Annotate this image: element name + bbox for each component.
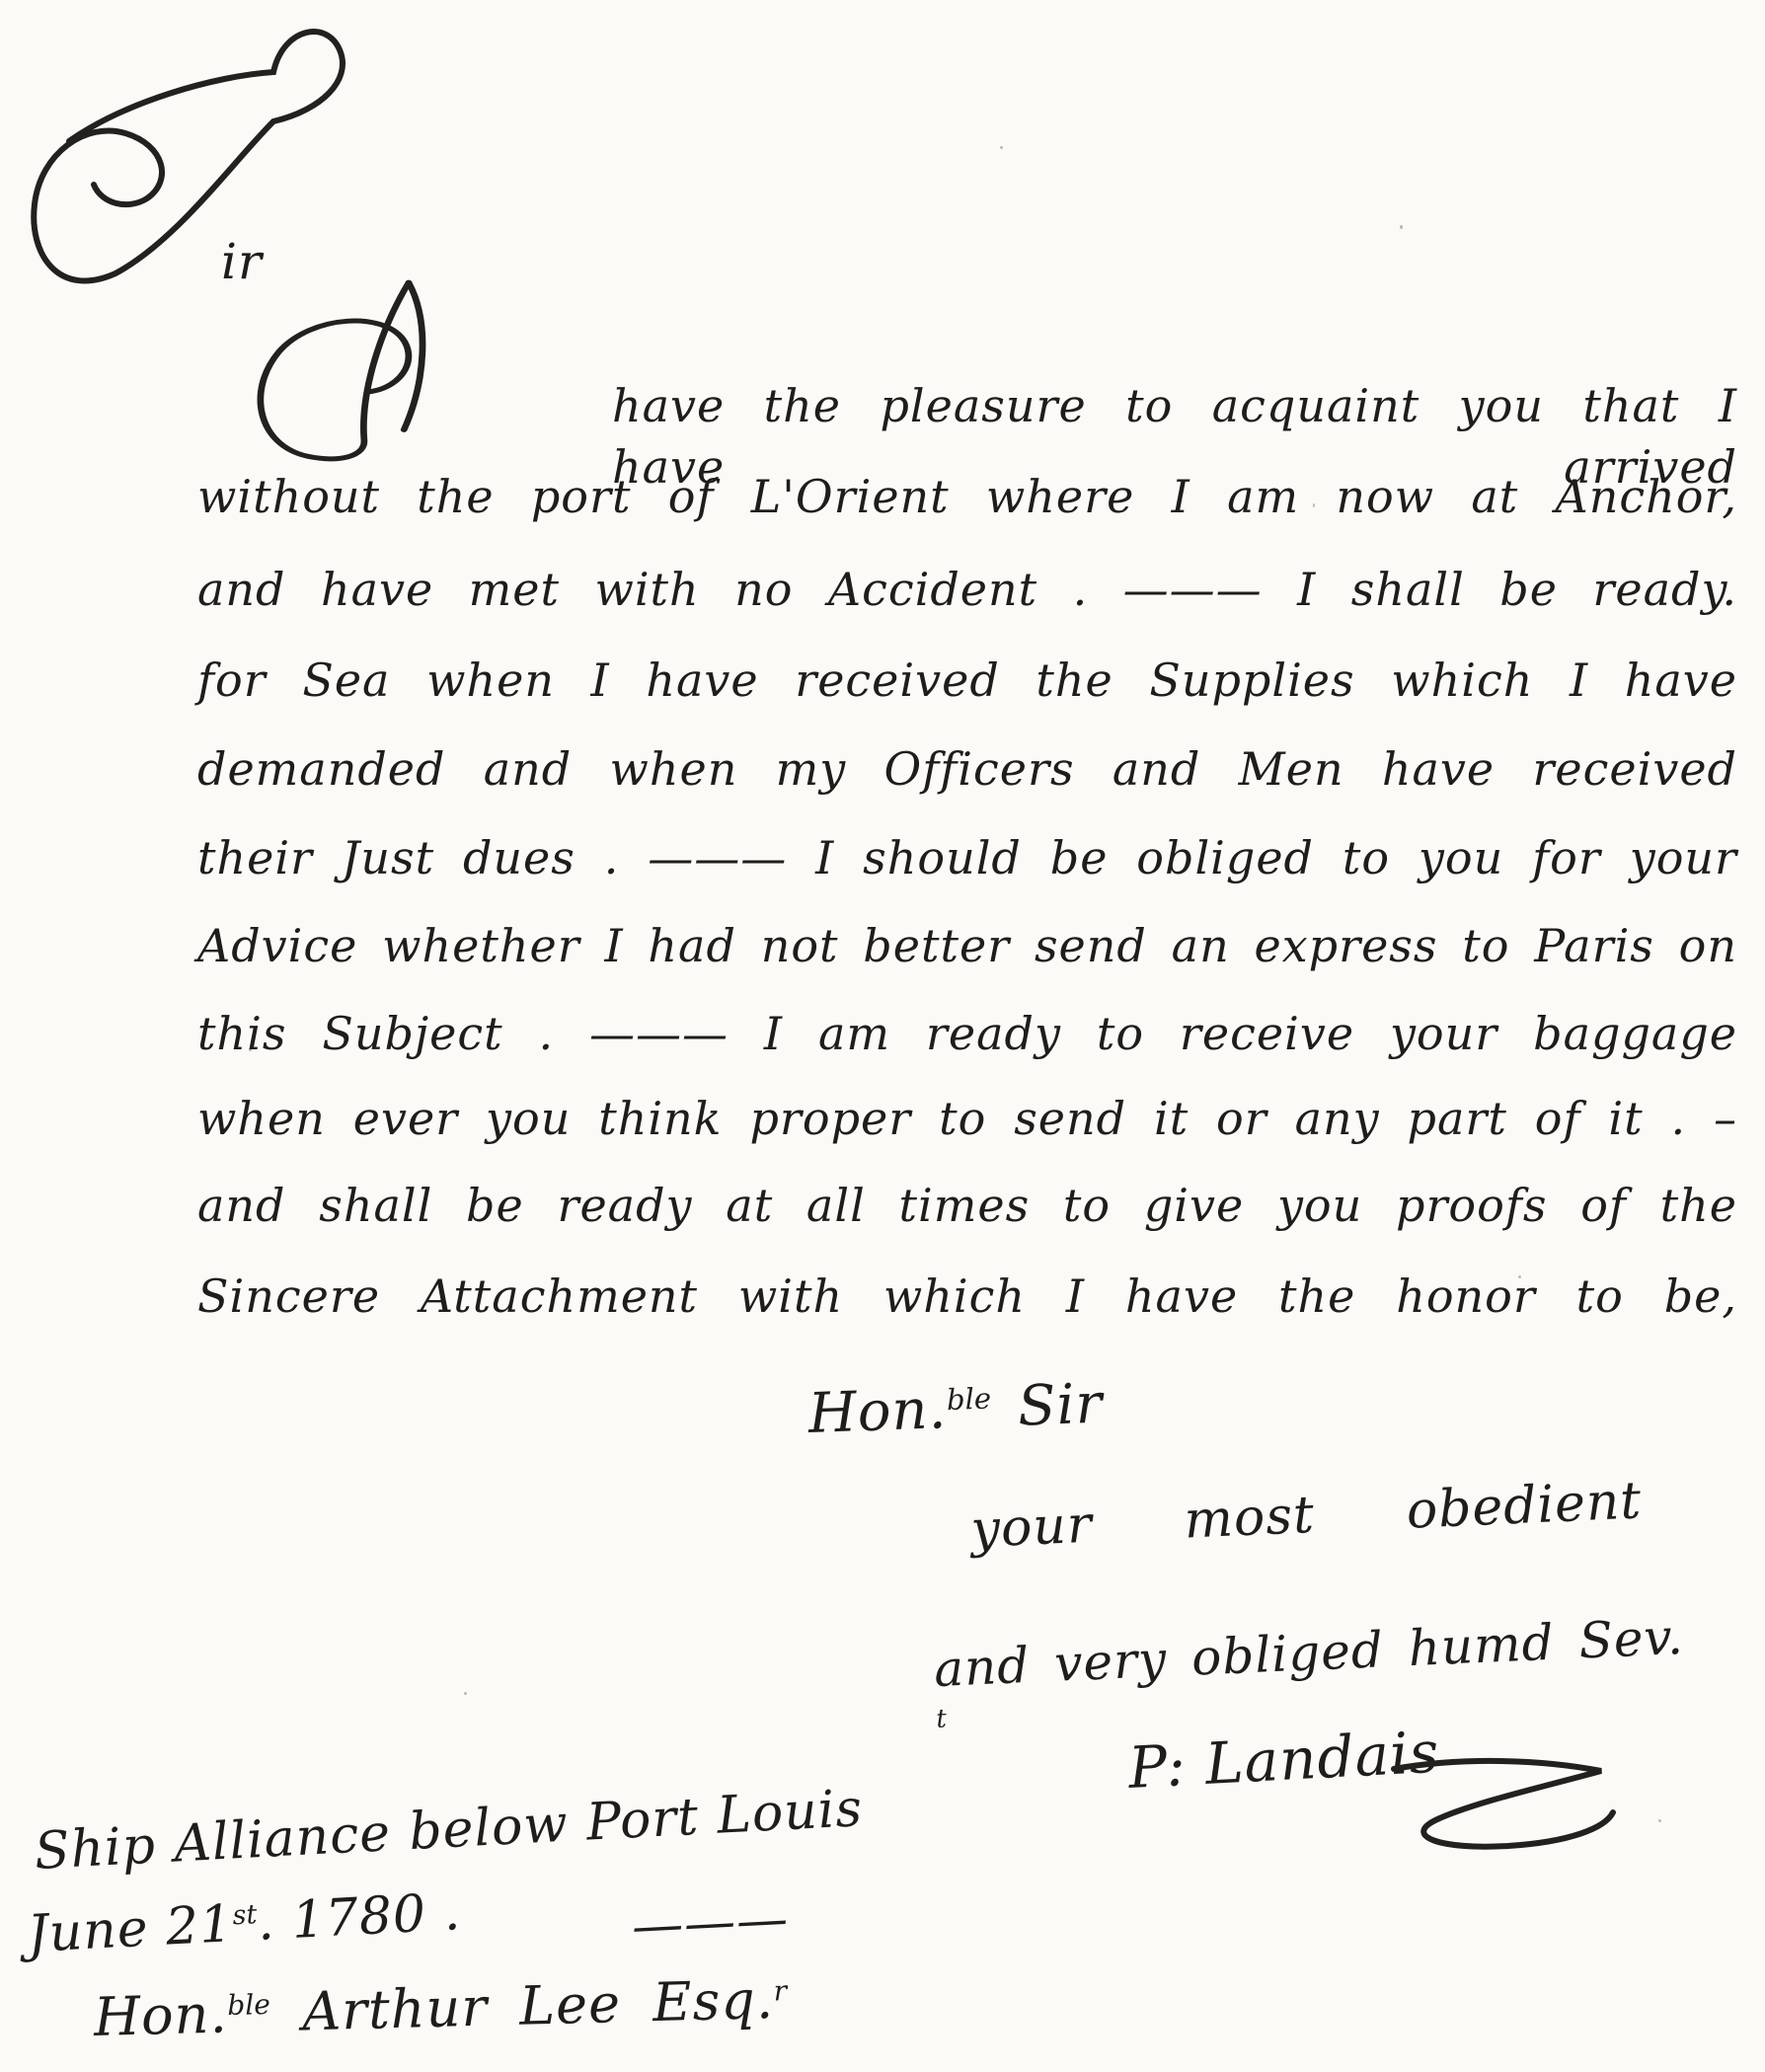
honorific-superscript: ble bbox=[946, 1382, 991, 1418]
paper-speck bbox=[1000, 146, 1003, 149]
valediction-primary: your most obedient bbox=[969, 1471, 1643, 1560]
dropcap-flourish bbox=[237, 278, 484, 466]
addressee-superscript-2: r bbox=[773, 1974, 787, 2007]
addressee-line: Hon.ble Arthur Lee Esq.r bbox=[93, 1968, 788, 2048]
body-line-2: without the port of L'Orient where I am … bbox=[197, 466, 1737, 527]
closing-honorific: Hon.ble Sir bbox=[807, 1372, 1105, 1446]
servant-superscript: t bbox=[936, 1704, 948, 1733]
addressee-abbr: Hon. bbox=[93, 1982, 228, 2048]
cursive-i-glyph bbox=[237, 278, 484, 466]
body-line-7: Advice whether I had not better send an … bbox=[197, 915, 1737, 976]
signature-swash bbox=[1382, 1755, 1619, 1854]
addressee-superscript: ble bbox=[227, 1988, 270, 2022]
cursive-s-glyph bbox=[15, 15, 420, 301]
honorific-abbr: Hon. bbox=[807, 1377, 949, 1446]
servant-abbr: Sev. bbox=[1577, 1608, 1684, 1670]
paper-speck bbox=[1313, 503, 1315, 507]
salutation-initial-flourish bbox=[15, 15, 420, 301]
body-line-6: their Just dues . ——— I should be oblige… bbox=[197, 827, 1737, 888]
signature-flourish bbox=[1382, 1755, 1619, 1854]
body-line-3: and have met with no Accident . ——— I sh… bbox=[197, 559, 1737, 620]
body-line-4: for Sea when I have received the Supplie… bbox=[197, 650, 1737, 711]
paper-speck bbox=[1658, 1819, 1661, 1822]
dateline-date: June 21st. 1780 . bbox=[26, 1882, 462, 1964]
paper-speck bbox=[1400, 225, 1403, 229]
paper-speck bbox=[1518, 1275, 1521, 1278]
date-day: June 21 bbox=[26, 1894, 234, 1964]
honorific-rest: Sir bbox=[990, 1372, 1104, 1440]
paper-speck bbox=[249, 1048, 252, 1051]
letter-page: ir S I have the pleasure to acquaint you… bbox=[0, 0, 1765, 2072]
valediction-secondary-text: and very obliged humd bbox=[933, 1613, 1580, 1698]
dateline-ship: Ship Alliance below Port Louis bbox=[33, 1779, 864, 1881]
body-line-5: demanded and when my Officers and Men ha… bbox=[197, 738, 1737, 800]
body-line-9: when ever you think proper to send it or… bbox=[197, 1088, 1737, 1149]
date-rest: . 1780 . bbox=[256, 1882, 462, 1953]
body-line-8: this Subject . ——— I am ready to receive… bbox=[197, 1003, 1737, 1064]
date-superscript: st bbox=[232, 1899, 258, 1931]
date-dash: ——— bbox=[631, 1889, 791, 1957]
paper-speck bbox=[464, 1692, 467, 1695]
addressee-name: Arthur Lee Esq. bbox=[269, 1968, 774, 2043]
body-line-10: and shall be ready at all times to give … bbox=[197, 1175, 1737, 1236]
body-line-11: Sincere Attachment with which I have the… bbox=[197, 1266, 1737, 1327]
